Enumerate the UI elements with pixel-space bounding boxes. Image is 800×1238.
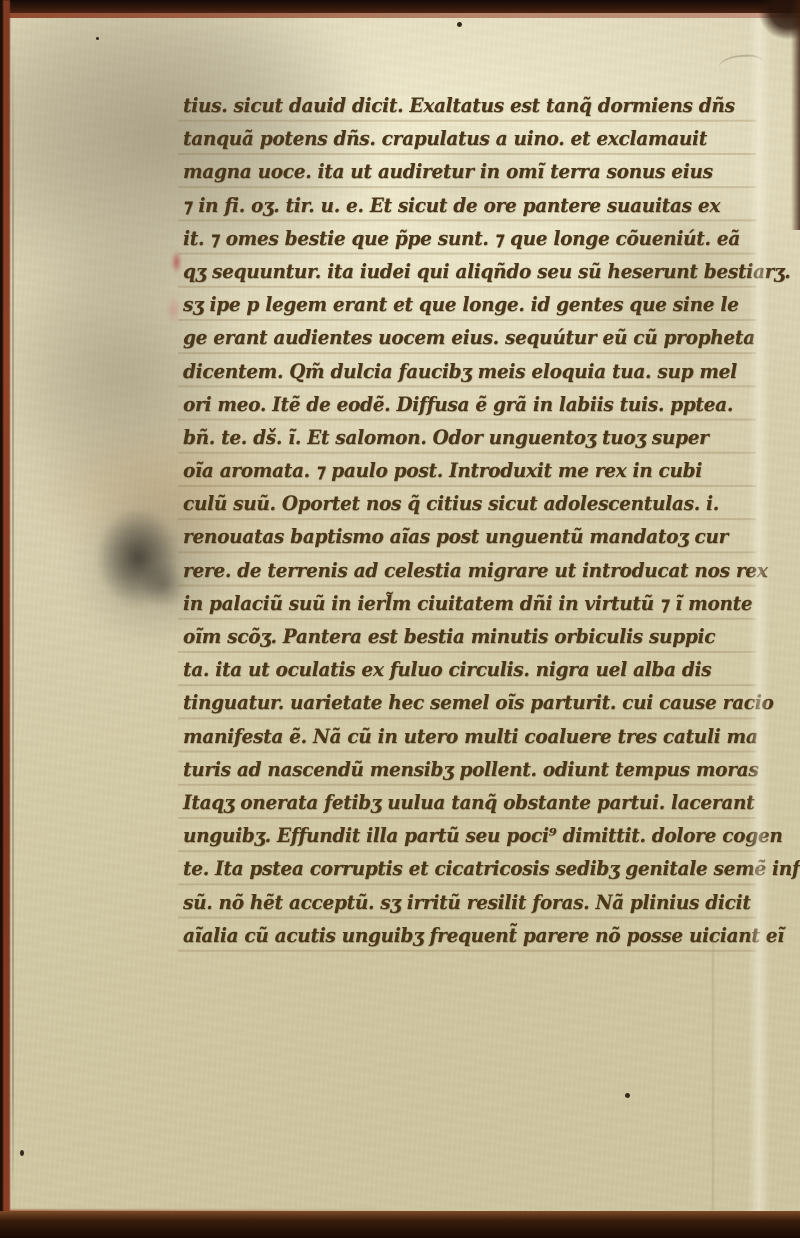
manuscript-photo-page: tius. sicut dauid dicit. Exaltatus est t… (0, 0, 800, 1238)
manuscript-line-20: manifesta ẽ. Nã cũ in utero multi coalue… (183, 720, 749, 755)
manuscript-line-16: in palaciũ suũ in ierl̃m ciuitatem dñi i… (183, 587, 749, 622)
page-fold-line (712, 940, 714, 1210)
manuscript-line-8: ge erant audientes uocem eius. sequútur … (183, 321, 749, 356)
manuscript-line-11: bñ. te. dš. ĩ. Et salomon. Odor unguento… (183, 421, 749, 456)
binding-edge-right (791, 0, 800, 230)
page-fold-highlight (748, 0, 770, 1238)
manuscript-line-21: turis ad nascendũ mensibʒ pollent. odiun… (183, 753, 749, 788)
manuscript-line-22: Itaqʒ onerata fetibʒ uulua tanq̃ obstant… (183, 786, 749, 821)
binding-edge-top (0, 0, 800, 13)
red-pigment-mark (171, 250, 182, 274)
manuscript-line-5: it. ⁊ omes bestie que p̃pe sunt. ⁊ que l… (183, 222, 749, 257)
manuscript-line-2: tanquã potens dñs. crapulatus a uino. et… (183, 122, 749, 157)
manuscript-line-15: rere. de terrenis ad celestia migrare ut… (183, 554, 749, 589)
left-margin-crease (12, 40, 14, 1210)
manuscript-line-4: ⁊ in fi. oʒ. tir. u. e. Et sicut de ore … (183, 189, 749, 224)
manuscript-line-13: culũ suũ. Oportet nos q̃ citius sicut ad… (183, 487, 749, 522)
manuscript-line-23: unguibʒ. Effundit illa partũ seu poci⁹ d… (183, 819, 749, 854)
manuscript-line-9: dicentem. Qm̃ dulcia faucibʒ meis eloqui… (183, 355, 749, 390)
manuscript-text-block: tius. sicut dauid dicit. Exaltatus est t… (183, 89, 749, 952)
red-pigment-smudge (167, 296, 180, 324)
manuscript-line-1: tius. sicut dauid dicit. Exaltatus est t… (183, 89, 749, 124)
binding-red-line-top (0, 13, 800, 18)
manuscript-line-6: qʒ sequuntur. ita iudei qui aliqñdo seu … (183, 255, 749, 290)
manuscript-line-26: aĩalia cũ acutis unguibʒ frequent̃ parer… (183, 919, 749, 954)
manuscript-line-10: ori meo. Itẽ de eodẽ. Diffusa ẽ grã in l… (183, 388, 749, 423)
ink-speck (625, 1093, 630, 1098)
manuscript-line-17: oĩm scõʒ. Pantera est bestia minutis orb… (183, 620, 749, 655)
manuscript-line-18: ta. ita ut oculatis ex fuluo circulis. n… (183, 653, 749, 688)
manuscript-line-25: sũ. nõ hẽt acceptũ. sʒ irritũ resilit fo… (183, 886, 749, 921)
ink-speck (457, 22, 462, 27)
binding-red-line-left (3, 0, 10, 1238)
manuscript-line-12: oĩa aromata. ⁊ paulo post. Introduxit me… (183, 454, 749, 489)
manuscript-line-3: magna uoce. ita ut audiretur in omĩ terr… (183, 155, 749, 190)
manuscript-line-19: tinguatur. uarietate hec semel oĩs partu… (183, 686, 749, 721)
binding-edge-bottom (0, 1211, 800, 1238)
ink-speck (20, 1150, 24, 1156)
manuscript-line-24: te. Ita pstea corruptis et cicatricosis … (183, 852, 749, 887)
ink-speck (316, 108, 319, 111)
manuscript-line-7: sʒ ipe p legem erant et que longe. id ge… (183, 288, 749, 323)
manuscript-line-14: renouatas baptismo aĩas post unguentũ ma… (183, 520, 749, 555)
ink-speck (96, 37, 99, 40)
